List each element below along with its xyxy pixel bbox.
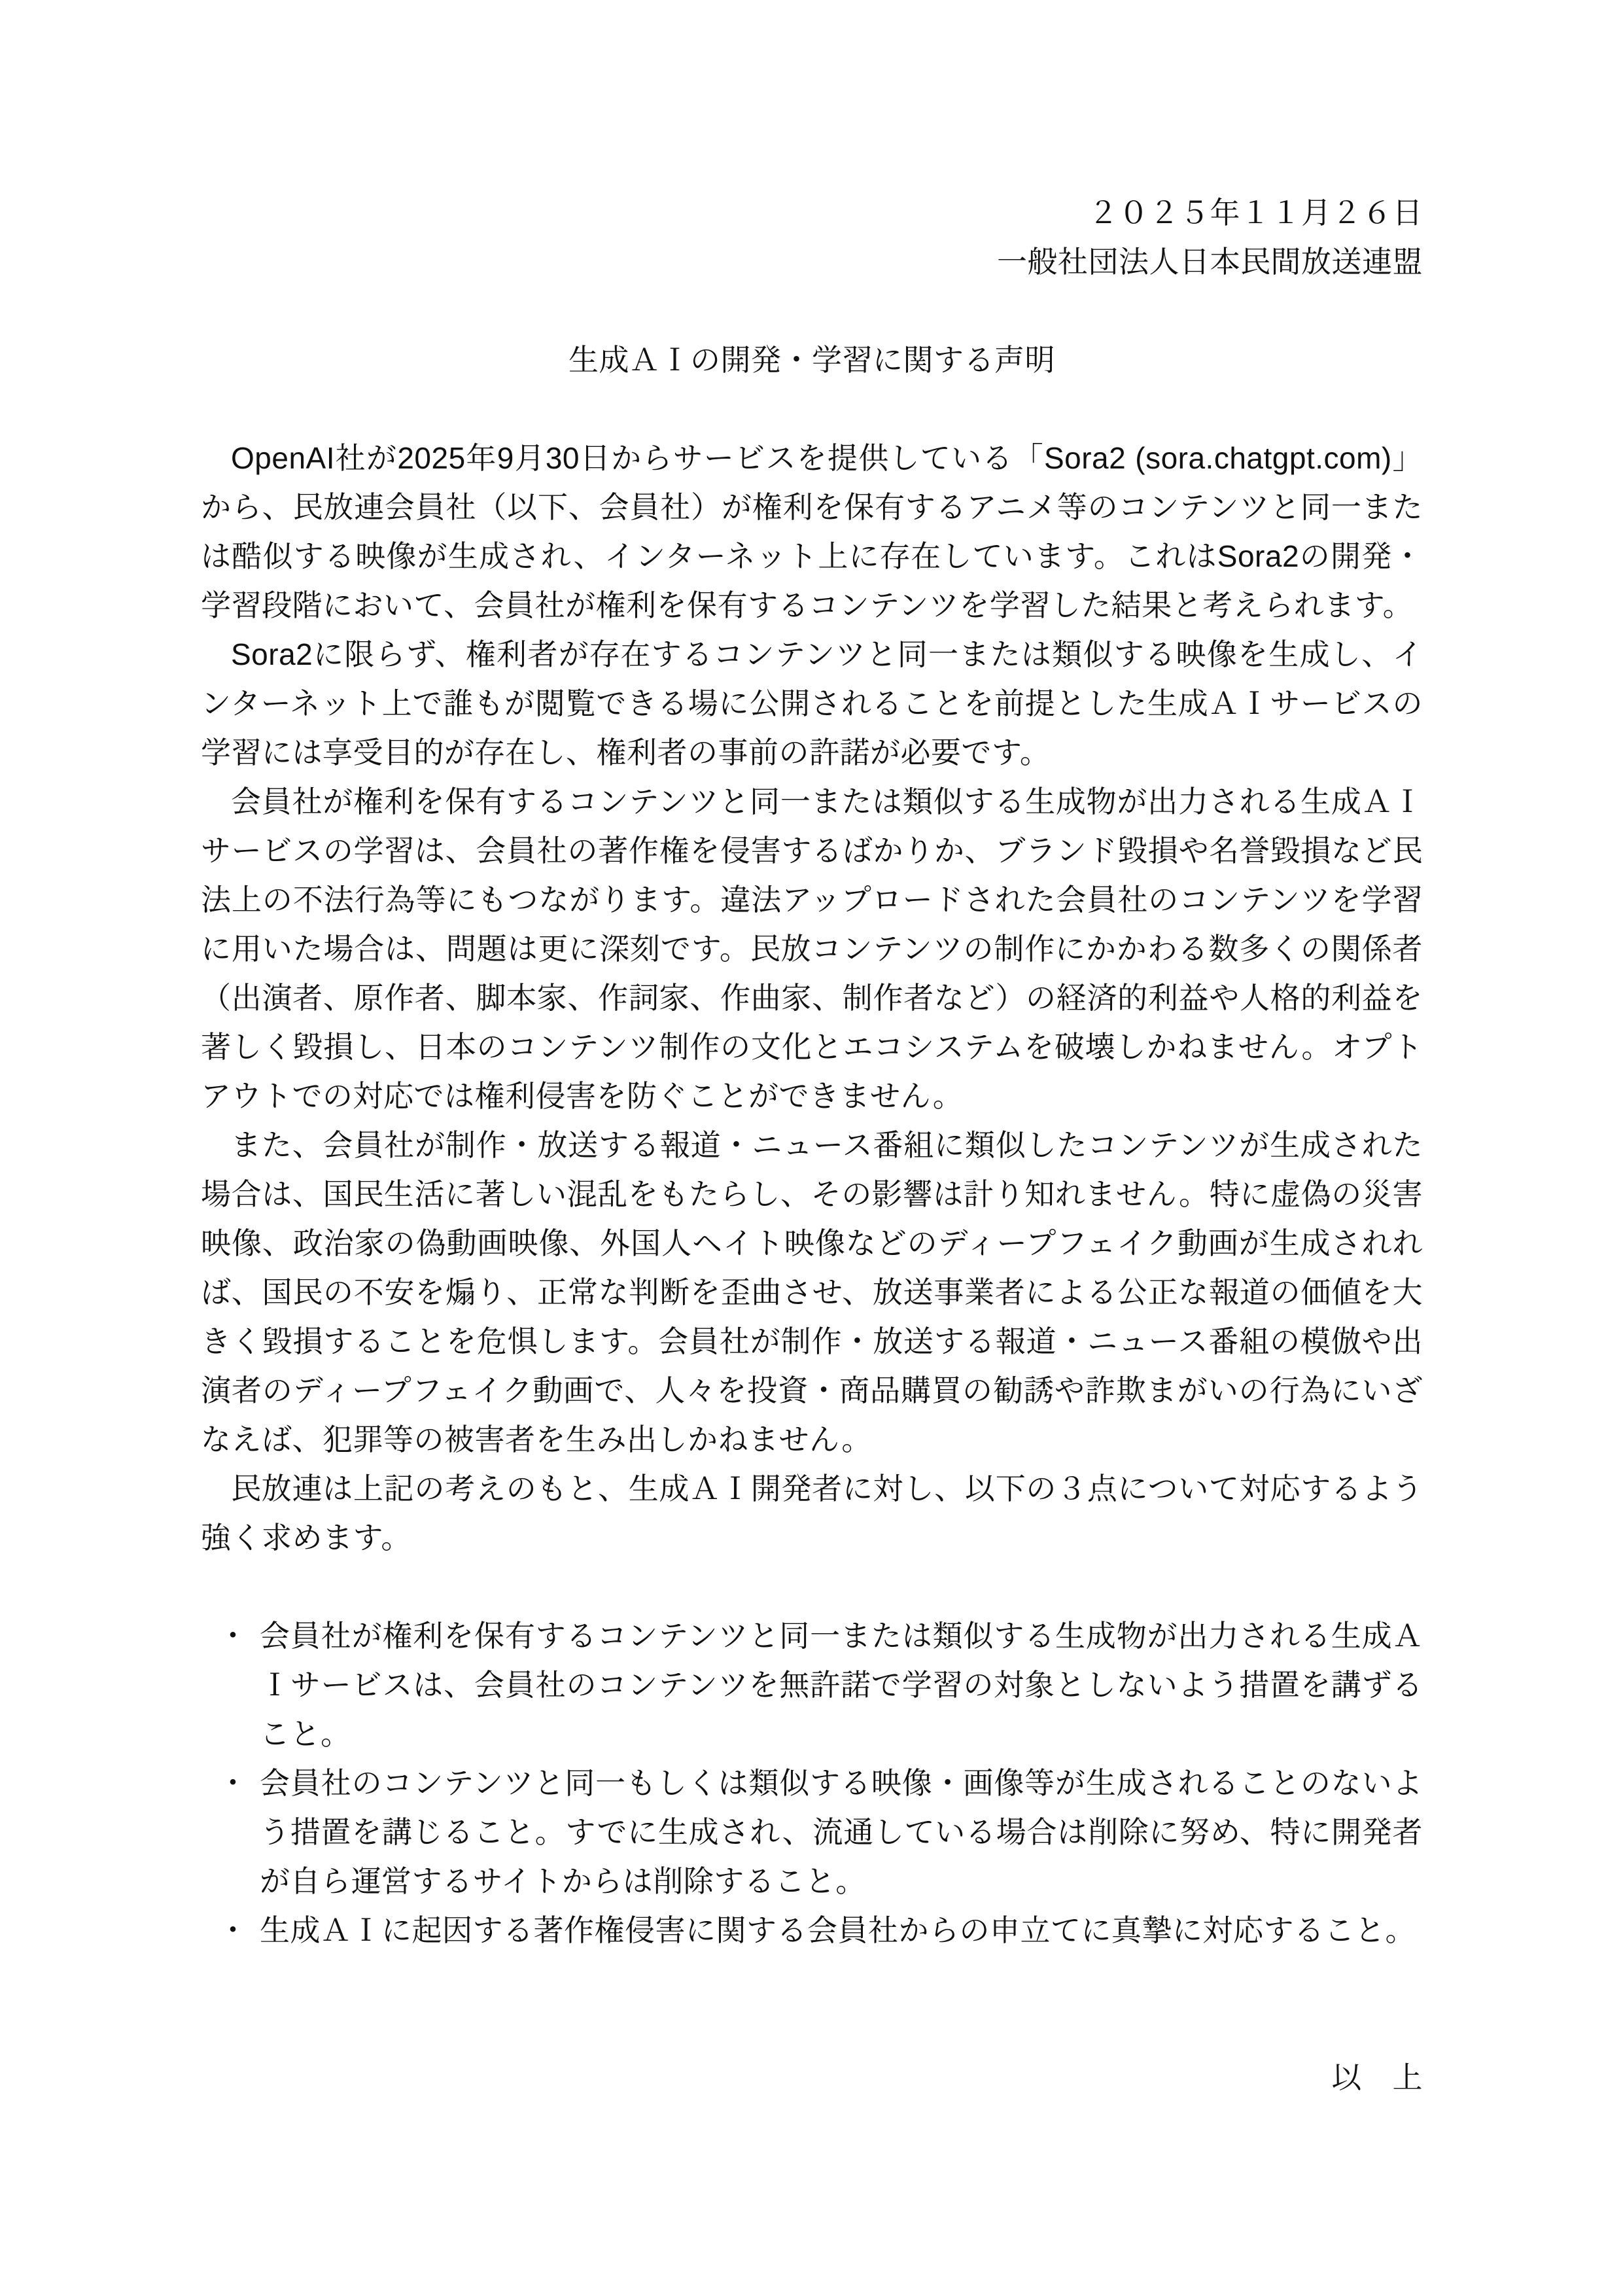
document-header: ２０２５年１１月２６日 一般社団法人日本民間放送連盟 bbox=[201, 188, 1423, 287]
demand-item-1: ・ 会員社が権利を保有するコンテンツと同一または類似する生成物が出力される生成Ａ… bbox=[201, 1612, 1423, 1759]
closing-sign: 以 上 bbox=[201, 2053, 1423, 2102]
bullet-marker: ・ bbox=[218, 1612, 249, 1661]
bullet-marker: ・ bbox=[218, 1759, 249, 1808]
document-title: 生成ＡＩの開発・学習に関する声明 bbox=[201, 336, 1423, 385]
organization-line: 一般社団法人日本民間放送連盟 bbox=[201, 238, 1423, 287]
paragraph-5: 民放連は上記の考えのもと、生成ＡＩ開発者に対し、以下の３点について対応するよう強… bbox=[201, 1464, 1423, 1563]
document-page: ２０２５年１１月２６日 一般社団法人日本民間放送連盟 生成ＡＩの開発・学習に関す… bbox=[0, 0, 1623, 2296]
demand-item-2: ・ 会員社のコンテンツと同一もしくは類似する映像・画像等が生成されることのないよ… bbox=[201, 1759, 1423, 1906]
date-line: ２０２５年１１月２６日 bbox=[201, 188, 1423, 238]
demand-list: ・ 会員社が権利を保有するコンテンツと同一または類似する生成物が出力される生成Ａ… bbox=[201, 1612, 1423, 1955]
paragraph-4: また、会員社が制作・放送する報道・ニュース番組に類似したコンテンツが生成された場… bbox=[201, 1121, 1423, 1464]
document-body: OpenAI社が2025年9月30日からサービスを提供している「Sora2 (s… bbox=[201, 434, 1423, 1563]
paragraph-1: OpenAI社が2025年9月30日からサービスを提供している「Sora2 (s… bbox=[201, 434, 1423, 630]
bullet-marker: ・ bbox=[218, 1906, 249, 1955]
paragraph-3: 会員社が権利を保有するコンテンツと同一または類似する生成物が出力される生成ＡＩサ… bbox=[201, 777, 1423, 1121]
paragraph-2: Sora2に限らず、権利者が存在するコンテンツと同一または類似する映像を生成し、… bbox=[201, 630, 1423, 777]
demand-item-3: ・ 生成ＡＩに起因する著作権侵害に関する会員社からの申立てに真摯に対応すること。 bbox=[201, 1906, 1423, 1955]
demand-item-text: 生成ＡＩに起因する著作権侵害に関する会員社からの申立てに真摯に対応すること。 bbox=[260, 1913, 1416, 1947]
demand-item-text: 会員社のコンテンツと同一もしくは類似する映像・画像等が生成されることのないよう措… bbox=[260, 1766, 1423, 1898]
demand-item-text: 会員社が権利を保有するコンテンツと同一または類似する生成物が出力される生成ＡＩサ… bbox=[260, 1619, 1423, 1751]
